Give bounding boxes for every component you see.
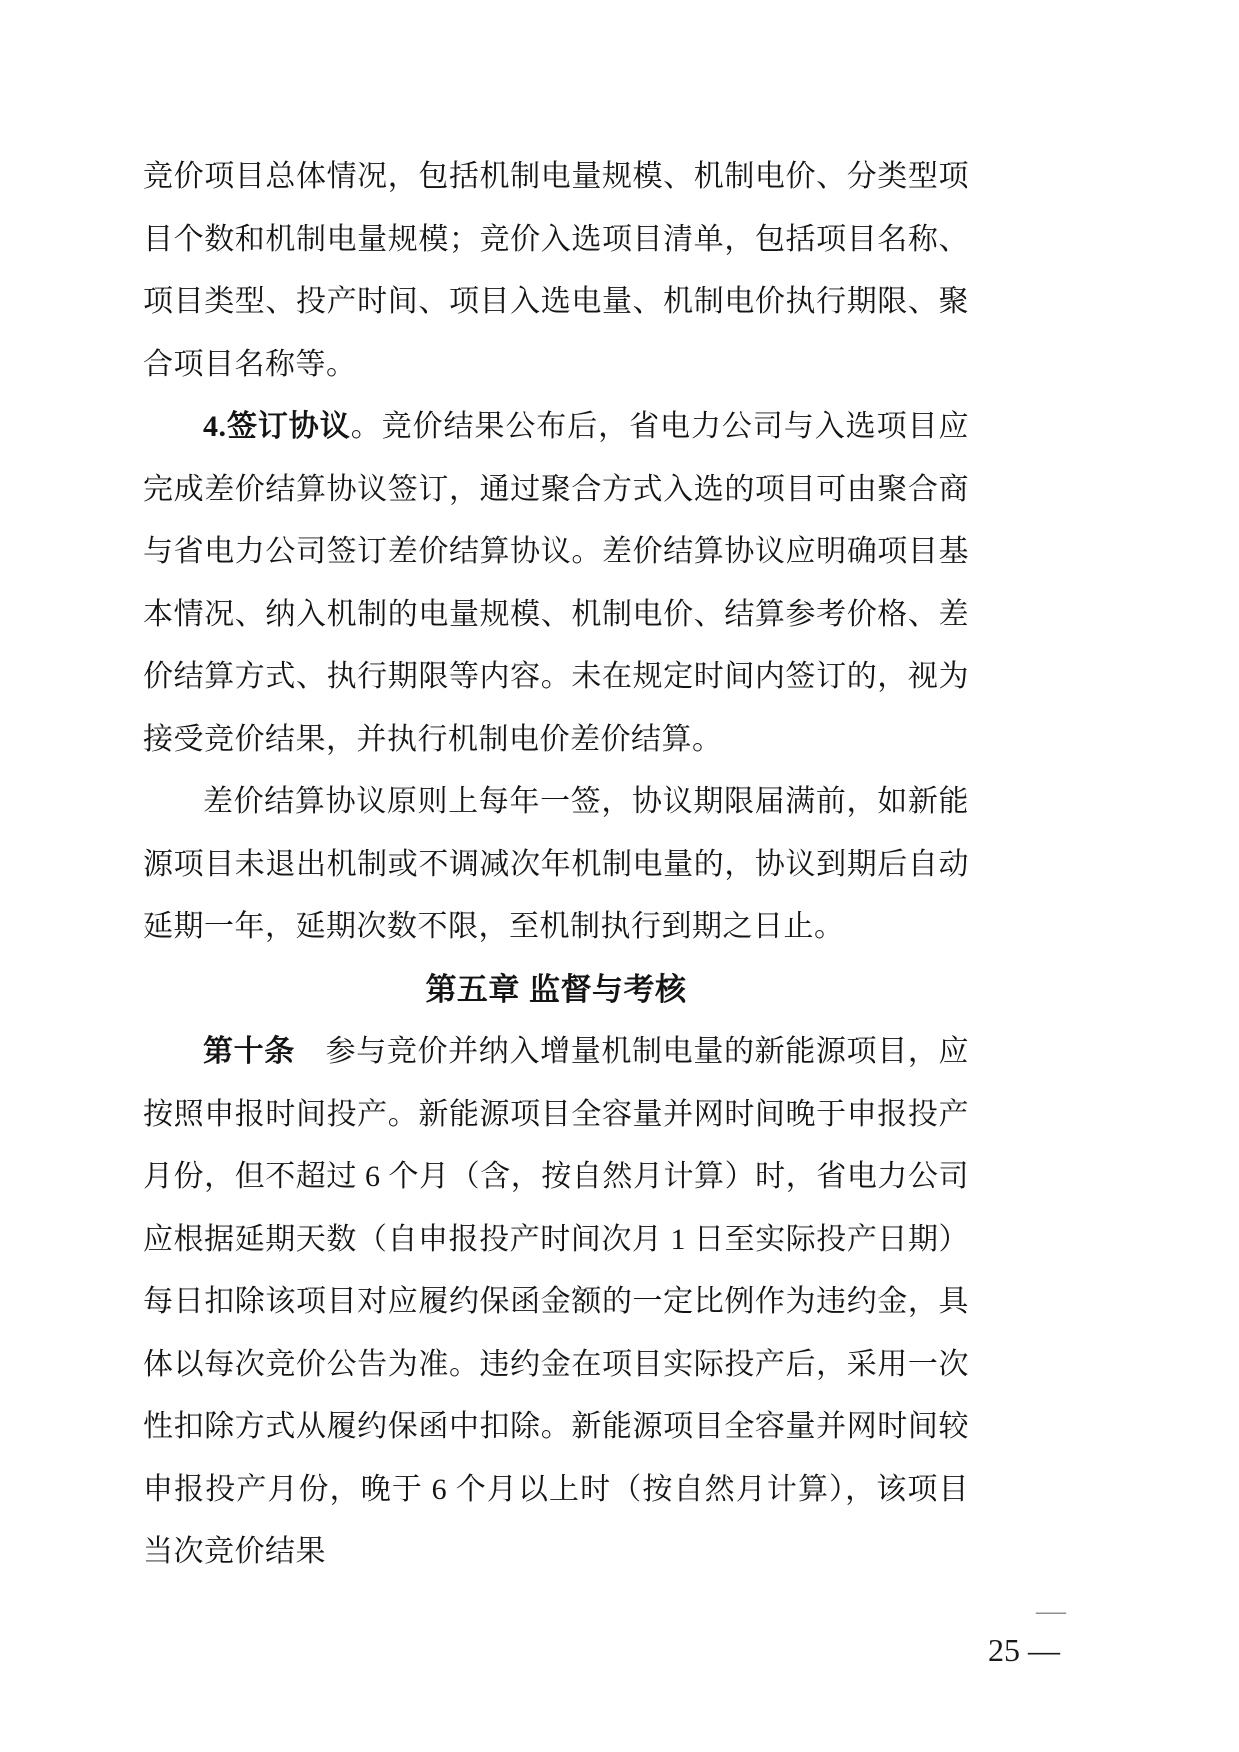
page-number: 25 bbox=[988, 1632, 1020, 1668]
paragraph-article-ten: 第十条 参与竞价并纳入增量机制电量的新能源项目，应按照申报时间投产。新能源项目全… bbox=[143, 1021, 969, 1584]
document-text-block: 竞价项目总体情况，包括机制电量规模、机制电价、分类型项目个数和机制电量规模；竞价… bbox=[143, 146, 969, 1584]
article-number-bold: 第十条 bbox=[203, 1035, 295, 1068]
paragraph-text: 差价结算协议原则上每年一签，协议期限届满前，如新能源项目未退出机制或不调减次年机… bbox=[143, 785, 969, 943]
paragraph-text: 。竞价结果公布后，省电力公司与入选项目应完成差价结算协议签订，通过聚合方式入选的… bbox=[143, 410, 969, 756]
paragraph-sign-agreement: 4.签订协议。竞价结果公布后，省电力公司与入选项目应完成差价结算协议签订，通过聚… bbox=[143, 396, 969, 771]
paragraph-bidding-results-disclosure: 竞价项目总体情况，包括机制电量规模、机制电价、分类型项目个数和机制电量规模；竞价… bbox=[143, 146, 969, 396]
page-number-row: 25 — bbox=[960, 1634, 1080, 1666]
footer-trailing-dash: — bbox=[1028, 1632, 1060, 1668]
page-footer: — 25 — bbox=[960, 1596, 1080, 1666]
paragraph-text: 竞价项目总体情况，包括机制电量规模、机制电价、分类型项目个数和机制电量规模；竞价… bbox=[143, 160, 969, 381]
chapter-heading-supervision-assessment: 第五章 监督与考核 bbox=[143, 959, 969, 1022]
paragraph-agreement-renewal: 差价结算协议原则上每年一签，协议期限届满前，如新能源项目未退出机制或不调减次年机… bbox=[143, 771, 969, 959]
paragraph-text: 参与竞价并纳入增量机制电量的新能源项目，应按照申报时间投产。新能源项目全容量并网… bbox=[143, 1035, 969, 1568]
paragraph-lead-bold: 4.签订协议 bbox=[203, 410, 351, 443]
footer-overline-dash: — bbox=[960, 1596, 1080, 1626]
chapter-heading-text: 第五章 监督与考核 bbox=[425, 972, 686, 1007]
document-page: 竞价项目总体情况，包括机制电量规模、机制电价、分类型项目个数和机制电量规模；竞价… bbox=[0, 0, 1239, 1752]
